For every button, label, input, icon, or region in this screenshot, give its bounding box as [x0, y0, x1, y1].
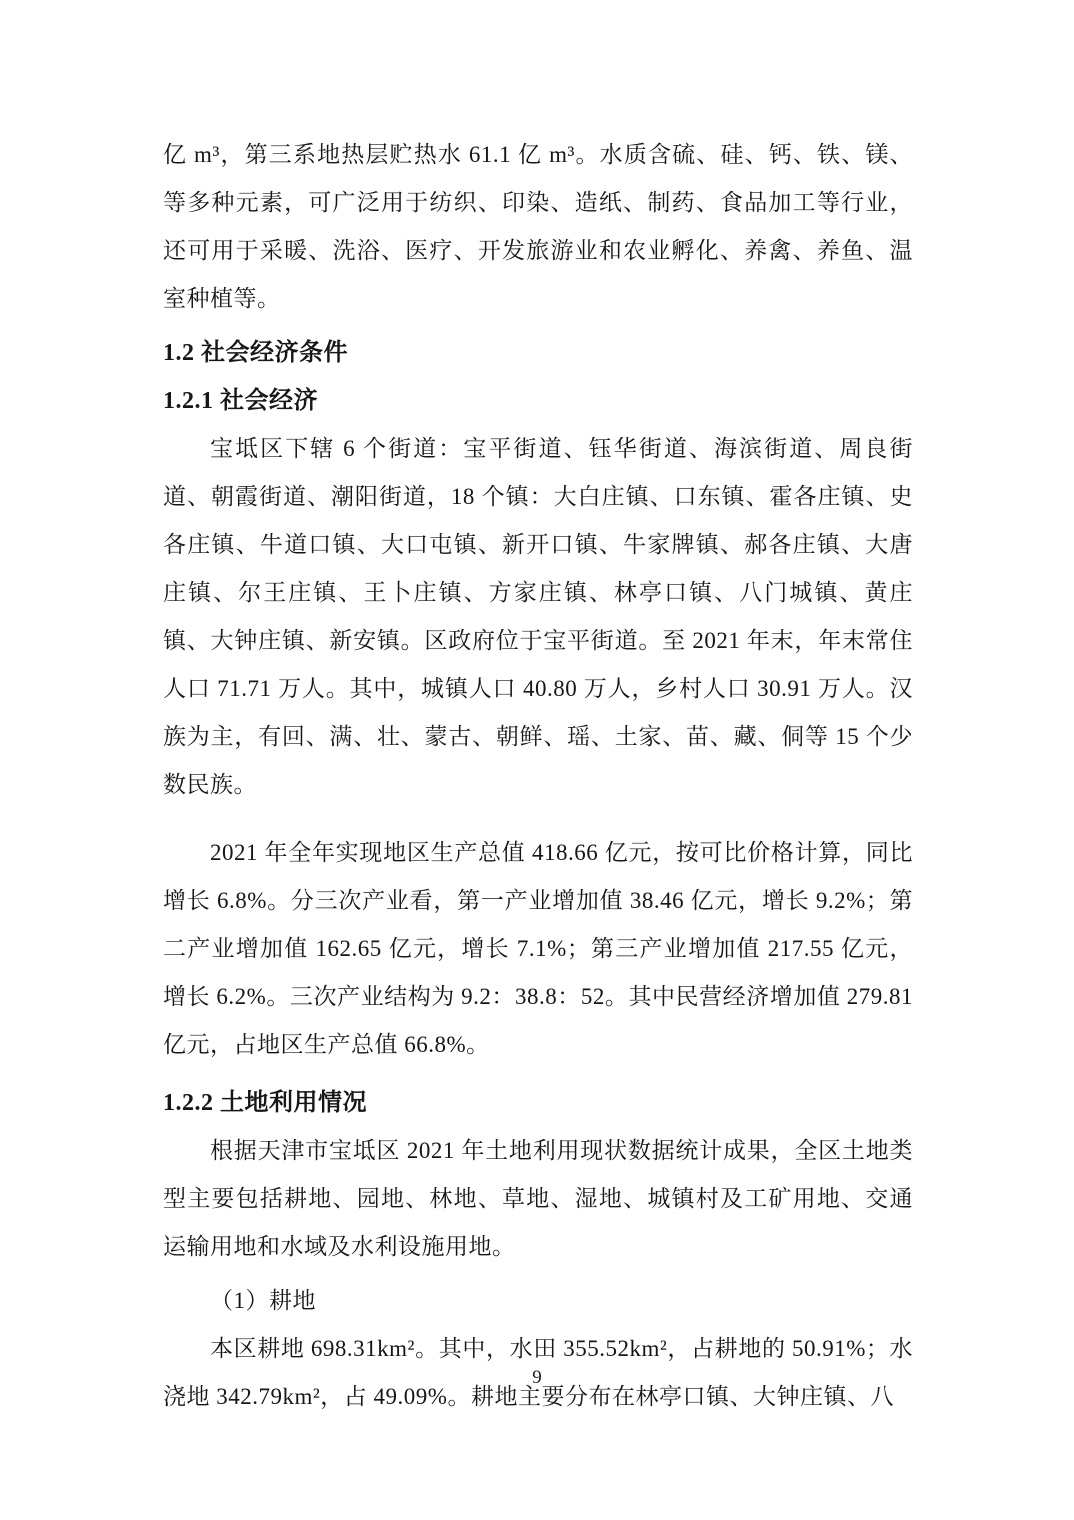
subsection-heading-social-economy: 1.2.1 社会经济 [163, 377, 913, 425]
document-content: 亿 m³，第三系地热层贮热水 61.1 亿 m³。水质含硫、硅、钙、铁、镁、等多… [163, 131, 913, 1421]
document-page: 亿 m³，第三系地热层贮热水 61.1 亿 m³。水质含硫、硅、钙、铁、镁、等多… [0, 0, 1074, 1520]
section-heading-social-economic-conditions: 1.2 社会经济条件 [163, 329, 913, 377]
paragraph-land-types: 根据天津市宝坻区 2021 年土地利用现状数据统计成果，全区土地类型主要包括耕地… [163, 1127, 913, 1271]
paragraph-gdp-statistics: 2021 年全年实现地区生产总值 418.66 亿元，按可比价格计算，同比增长 … [163, 829, 913, 1069]
subsection-heading-land-use: 1.2.2 土地利用情况 [163, 1079, 913, 1127]
paragraph-administrative-divisions: 宝坻区下辖 6 个街道：宝平街道、钰华街道、海滨街道、周良街道、朝霞街道、潮阳街… [163, 425, 913, 809]
page-number: 9 [0, 1366, 1074, 1390]
list-label-cultivated-land: （1）耕地 [163, 1277, 913, 1325]
paragraph-geothermal-water-continuation: 亿 m³，第三系地热层贮热水 61.1 亿 m³。水质含硫、硅、钙、铁、镁、等多… [163, 131, 913, 323]
